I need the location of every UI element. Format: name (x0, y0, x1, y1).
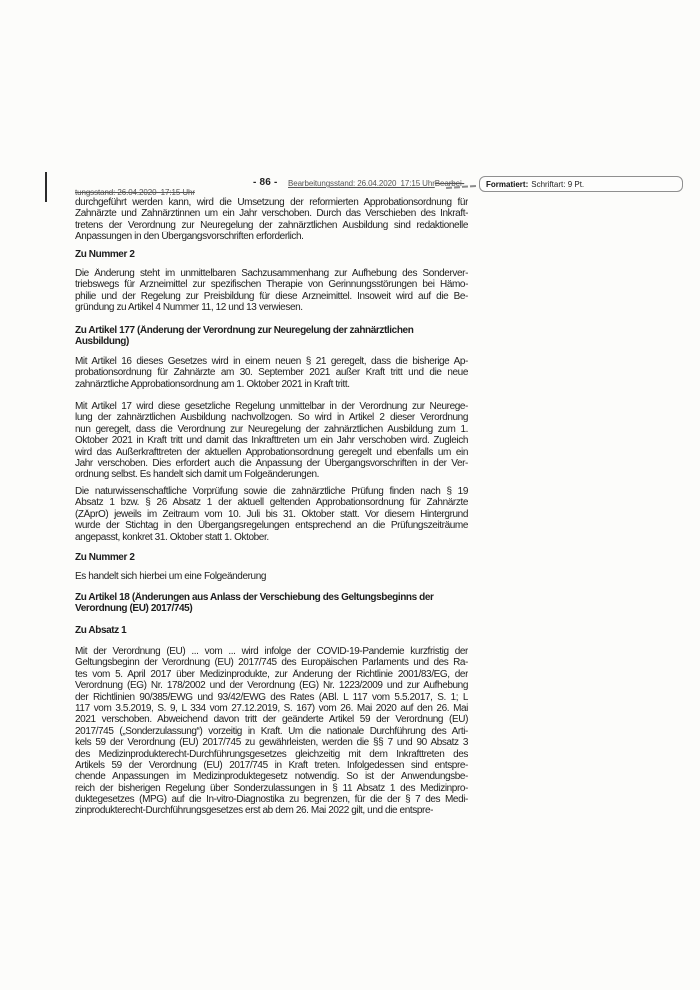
text-line: lung der zahnärztlichen Ausbildung nachv… (75, 412, 468, 423)
text-line: Zu Artikel 177 (Änderung der Verordnung … (75, 325, 468, 336)
inserted-text: Bearbeitungsstand: 26.04.2020 17:15 Uhr (288, 179, 435, 188)
text-line: duktegesetzes (MPG) auf die In-vitro-Dia… (75, 794, 468, 805)
text-line: Ausbildung) (75, 336, 468, 347)
paragraph: Mit Artikel 17 wird diese gesetzliche Re… (75, 401, 468, 481)
heading: Zu Absatz 1 (75, 625, 468, 636)
text-line: Anpassungen in den Übergangsvorschriften… (75, 231, 468, 242)
heading: Zu Nummer 2 (75, 249, 468, 260)
paragraph: durchgeführt werden kann, wird die Umset… (75, 197, 468, 243)
text-line: Die naturwissenschaftliche Vorprüfung so… (75, 486, 468, 497)
text-line: tes vom 5. April 2017 über Medizinproduk… (75, 669, 468, 680)
text-line: 2021 verschoben. Abweichend davon tritt … (75, 714, 468, 725)
header-edit-status: Bearbeitungsstand: 26.04.2020 17:15 UhrB… (288, 179, 464, 188)
text-line: 2017/745 („Sonderzulassung“) vorzeitig i… (75, 726, 468, 737)
heading: Zu Artikel 177 (Änderung der Verordnung … (75, 325, 468, 348)
heading: Zu Nummer 2 (75, 552, 468, 563)
text-line: Verordnung (EG) Nr. 178/2002 und der Ver… (75, 680, 468, 691)
text-line: des Medizinprodukterecht-Durchführungsge… (75, 749, 468, 760)
text-line: gründung zu Artikel 4 Nummer 11, 12 und … (75, 302, 468, 313)
heading: Zu Artikel 18 (Änderungen aus Anlass der… (75, 592, 468, 615)
format-comment-balloon[interactable]: Formatiert: Schriftart: 9 Pt. (479, 176, 683, 192)
text-line: Es handelt sich hierbei um eine Folgeänd… (75, 571, 468, 582)
text-line: reich der bisherigen Regelung über Sonde… (75, 783, 468, 794)
text-line: Verordnung (EU) 2017/745) (75, 603, 468, 614)
paragraph: Es handelt sich hierbei um eine Folgeänd… (75, 571, 468, 582)
comment-text: Schriftart: 9 Pt. (531, 180, 584, 189)
paragraph: Mit der Verordnung (EU) ... vom ... wird… (75, 646, 468, 817)
change-bar (45, 172, 47, 202)
text-line: Jahr verschoben. Dies erfordert auch die… (75, 458, 468, 469)
text-line: (ZÄprO) jeweils im Zeitraum vom 10. Juli… (75, 509, 468, 520)
text-line: 117 vom 3.5.2019, S. 9, L 334 vom 27.12.… (75, 703, 468, 714)
paragraph: Die naturwissenschaftliche Vorprüfung so… (75, 486, 468, 543)
text-line: durchgeführt werden kann, wird die Umset… (75, 197, 468, 208)
text-line: philie und der Regelung zur Preisbildung… (75, 291, 468, 302)
text-line: Mit der Verordnung (EU) ... vom ... wird… (75, 646, 468, 657)
text-line: nun geregelt, dass die Verordnung zur Ne… (75, 424, 468, 435)
text-line: Zu Absatz 1 (75, 625, 468, 636)
text-line: zahnärztliche Approbationsordnung am 1. … (75, 379, 468, 390)
text-line: Zahnärzte und Zahnärztinnen um ein Jahr … (75, 208, 468, 219)
text-line: Artikels 59 der Verordnung (EU) 2017/745… (75, 760, 468, 771)
deleted-text-part2: tungsstand: 26.04.2020 17:15 Uhr (75, 188, 195, 197)
page-number: - 86 - (253, 177, 278, 188)
comment-label: Formatiert: (486, 180, 528, 189)
text-line: Zu Artikel 18 (Änderungen aus Anlass der… (75, 592, 468, 603)
text-line: Geltungsbeginn der Verordnung (EU) 2017/… (75, 657, 468, 668)
text-line: angepasst, konkret 31. Oktober statt 1. … (75, 532, 468, 543)
text-line: probationsordnung für Zahnärzte am 30. S… (75, 367, 468, 378)
paragraph: Die Änderung steht im unmittelbaren Sach… (75, 268, 468, 314)
text-line: Mit Artikel 16 dieses Gesetzes wird in e… (75, 356, 468, 367)
text-line: Die Änderung steht im unmittelbaren Sach… (75, 268, 468, 279)
text-line: Zu Nummer 2 (75, 249, 468, 260)
document-page: - 86 - Bearbeitungsstand: 26.04.2020 17:… (0, 0, 700, 990)
paragraph: Mit Artikel 16 dieses Gesetzes wird in e… (75, 356, 468, 390)
text-line: wurde der Stichtag in den Übergangsregel… (75, 520, 468, 531)
text-line: tretens der Verordnung zur Neuregelung d… (75, 220, 468, 231)
text-line: Oktober 2021 in Kraft tritt und damit da… (75, 435, 468, 446)
text-line: chende Anpassungen im Medizinprodukteges… (75, 771, 468, 782)
text-line: Mit Artikel 17 wird diese gesetzliche Re… (75, 401, 468, 412)
text-line: Zu Nummer 2 (75, 552, 468, 563)
text-line: zinprodukterecht-Durchführungsgesetzes e… (75, 805, 468, 816)
text-line: triebswegs für Arzneimittel zur spezifis… (75, 279, 468, 290)
text-line: ordnung selbst. Es handelt sich damit um… (75, 469, 468, 480)
text-line: kels 59 der Verordnung (EU) 2017/745 zu … (75, 737, 468, 748)
text-line: Absatz 1 bzw. § 26 Absatz 1 der aktuell … (75, 497, 468, 508)
text-line: wird das Außerkrafttreten der aktuellen … (75, 447, 468, 458)
text-line: der Richtlinien 90/385/EWG und 93/42/EWG… (75, 692, 468, 703)
